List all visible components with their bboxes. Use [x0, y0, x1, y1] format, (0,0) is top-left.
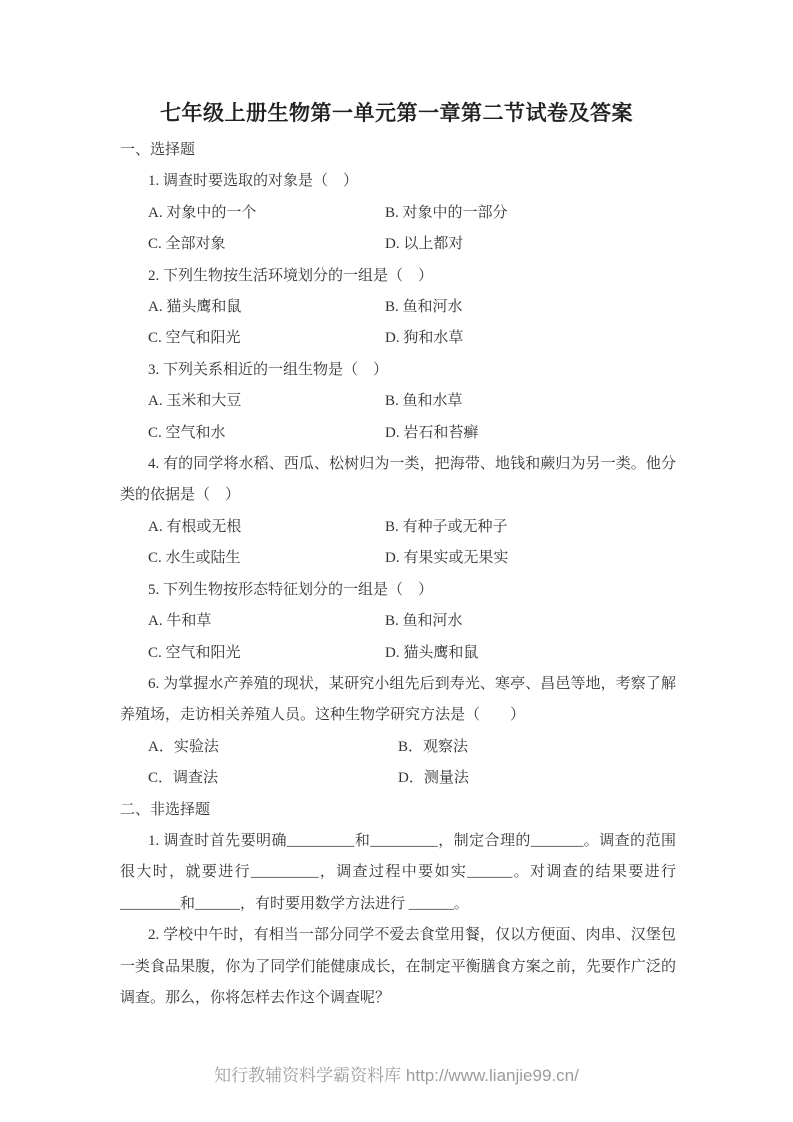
q6-options-row-1: A．实验法 B．观察法 [120, 732, 676, 763]
q6-option-a: A．实验法 [148, 732, 398, 763]
q2-option-c: C. 空气和阳光 [148, 323, 385, 354]
q3-options-row-1: A. 玉米和大豆 B. 鱼和水草 [120, 386, 676, 417]
q5-options-row-2: C. 空气和阳光 D. 猫头鹰和鼠 [120, 638, 676, 669]
q2-stem: 2. 下列生物按生活环境划分的一组是（ ） [120, 261, 676, 292]
q6-stem: 6. 为掌握水产养殖的现状，某研究小组先后到寿光、寒亭、昌邑等地，考察了解养殖场… [120, 669, 676, 732]
q1-option-d: D. 以上都对 [385, 229, 676, 260]
q3-options-row-2: C. 空气和水 D. 岩石和苔癣 [120, 418, 676, 449]
q6-option-b: B．观察法 [398, 732, 676, 763]
q4-options-row-2: C. 水生或陆生 D. 有果实或无果实 [120, 543, 676, 574]
q1-option-c: C. 全部对象 [148, 229, 385, 260]
q4-option-c: C. 水生或陆生 [148, 543, 385, 574]
page-title: 七年级上册生物第一单元第一章第二节试卷及答案 [0, 0, 793, 127]
q5-option-d: D. 猫头鹰和鼠 [385, 638, 676, 669]
document-page: 七年级上册生物第一单元第一章第二节试卷及答案 一、选择题 1. 调查时要选取的对… [0, 0, 793, 1122]
q2-option-d: D. 狗和水草 [385, 323, 676, 354]
q3-option-a: A. 玉米和大豆 [148, 386, 385, 417]
q1-option-b: B. 对象中的一部分 [385, 198, 676, 229]
section2-heading: 二、非选择题 [120, 795, 676, 826]
q4-options-row-1: A. 有根或无根 B. 有种子或无种子 [120, 512, 676, 543]
essay-question: 2. 学校中午时，有相当一部分同学不爱去食堂用餐，仅以方便面、肉串、汉堡包一类食… [120, 920, 676, 1014]
q4-option-b: B. 有种子或无种子 [385, 512, 676, 543]
q5-stem: 5. 下列生物按形态特征划分的一组是（ ） [120, 575, 676, 606]
q6-options-row-2: C．调查法 D．测量法 [120, 763, 676, 794]
q3-option-d: D. 岩石和苔癣 [385, 418, 676, 449]
q6-option-c: C．调查法 [148, 763, 398, 794]
q2-option-b: B. 鱼和河水 [385, 292, 676, 323]
q3-option-b: B. 鱼和水草 [385, 386, 676, 417]
q5-option-b: B. 鱼和河水 [385, 606, 676, 637]
q3-option-c: C. 空气和水 [148, 418, 385, 449]
q3-stem: 3. 下列关系相近的一组生物是（ ） [120, 355, 676, 386]
q4-option-d: D. 有果实或无果实 [385, 543, 676, 574]
q1-stem: 1. 调查时要选取的对象是（ ） [120, 166, 676, 197]
q6-option-d: D．测量法 [398, 763, 676, 794]
q4-option-a: A. 有根或无根 [148, 512, 385, 543]
page-footer-text: 知行教辅资料学霸资料库 http://www.lianjie99.cn/ [0, 1062, 793, 1090]
q1-options-row-2: C. 全部对象 D. 以上都对 [120, 229, 676, 260]
q5-options-row-1: A. 牛和草 B. 鱼和河水 [120, 606, 676, 637]
q2-options-row-1: A. 猫头鹰和鼠 B. 鱼和河水 [120, 292, 676, 323]
q4-stem: 4. 有的同学将水稻、西瓜、松树归为一类，把海带、地钱和蕨归为另一类。他分类的依… [120, 449, 676, 512]
q5-option-a: A. 牛和草 [148, 606, 385, 637]
q5-option-c: C. 空气和阳光 [148, 638, 385, 669]
q2-options-row-2: C. 空气和阳光 D. 狗和水草 [120, 323, 676, 354]
q1-options-row-1: A. 对象中的一个 B. 对象中的一部分 [120, 198, 676, 229]
q1-option-a: A. 对象中的一个 [148, 198, 385, 229]
q2-option-a: A. 猫头鹰和鼠 [148, 292, 385, 323]
fill-in-question: 1. 调查时首先要明确_________和_________，制定合理的____… [120, 826, 676, 920]
document-body: 一、选择题 1. 调查时要选取的对象是（ ） A. 对象中的一个 B. 对象中的… [120, 135, 676, 1014]
section1-heading: 一、选择题 [120, 135, 676, 166]
